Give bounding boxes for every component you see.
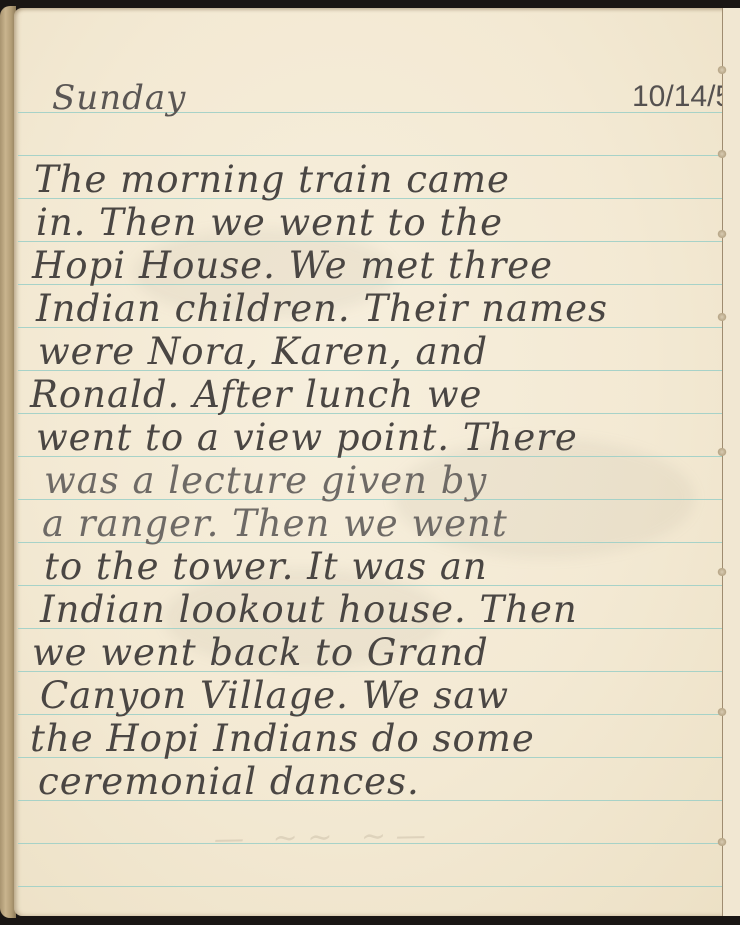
text-line-1: The morning train came [34,158,510,201]
bleed-through-text: — ~ ~ ~ — [214,818,426,857]
text-line-2: in. Then we went to the [36,201,503,244]
perforation-hole [717,150,727,158]
perforation-hole [717,448,727,456]
perforation-hole [717,230,727,238]
entry-day: Sunday [52,78,186,118]
page-fold-line [722,8,723,916]
ruled-line [18,155,740,156]
adjacent-page-edge [723,8,740,916]
scanned-notebook: — ~ ~ ~ — Sunday 10/14/51 The morning tr… [0,0,740,925]
text-line-3: Hopi House. We met three [32,244,553,287]
text-line-4: Indian children. Their names [36,287,608,330]
ruled-line [18,843,740,844]
text-line-15: ceremonial dances. [38,760,420,803]
perforation-hole [717,568,727,576]
text-line-5: were Nora, Karen, and [38,330,488,373]
perforation-hole [717,66,727,74]
text-line-11: Indian lookout house. Then [40,588,578,631]
text-line-7: went to a view point. There [36,416,578,459]
text-line-6: Ronald. After lunch we [30,373,482,416]
text-line-13: Canyon Village. We saw [40,674,509,717]
text-line-8: was a lecture given by [44,459,487,502]
notebook-page: — ~ ~ ~ — Sunday 10/14/51 The morning tr… [14,8,740,916]
ruled-line [18,886,740,887]
text-line-14: the Hopi Indians do some [30,717,535,760]
perforation-hole [717,313,727,321]
text-line-9: a ranger. Then we went [42,502,508,545]
text-line-10: to the tower. It was an [44,545,488,588]
perforation-hole [717,708,727,716]
perforation-hole [717,838,727,846]
text-line-12: we went back to Grand [32,631,489,674]
